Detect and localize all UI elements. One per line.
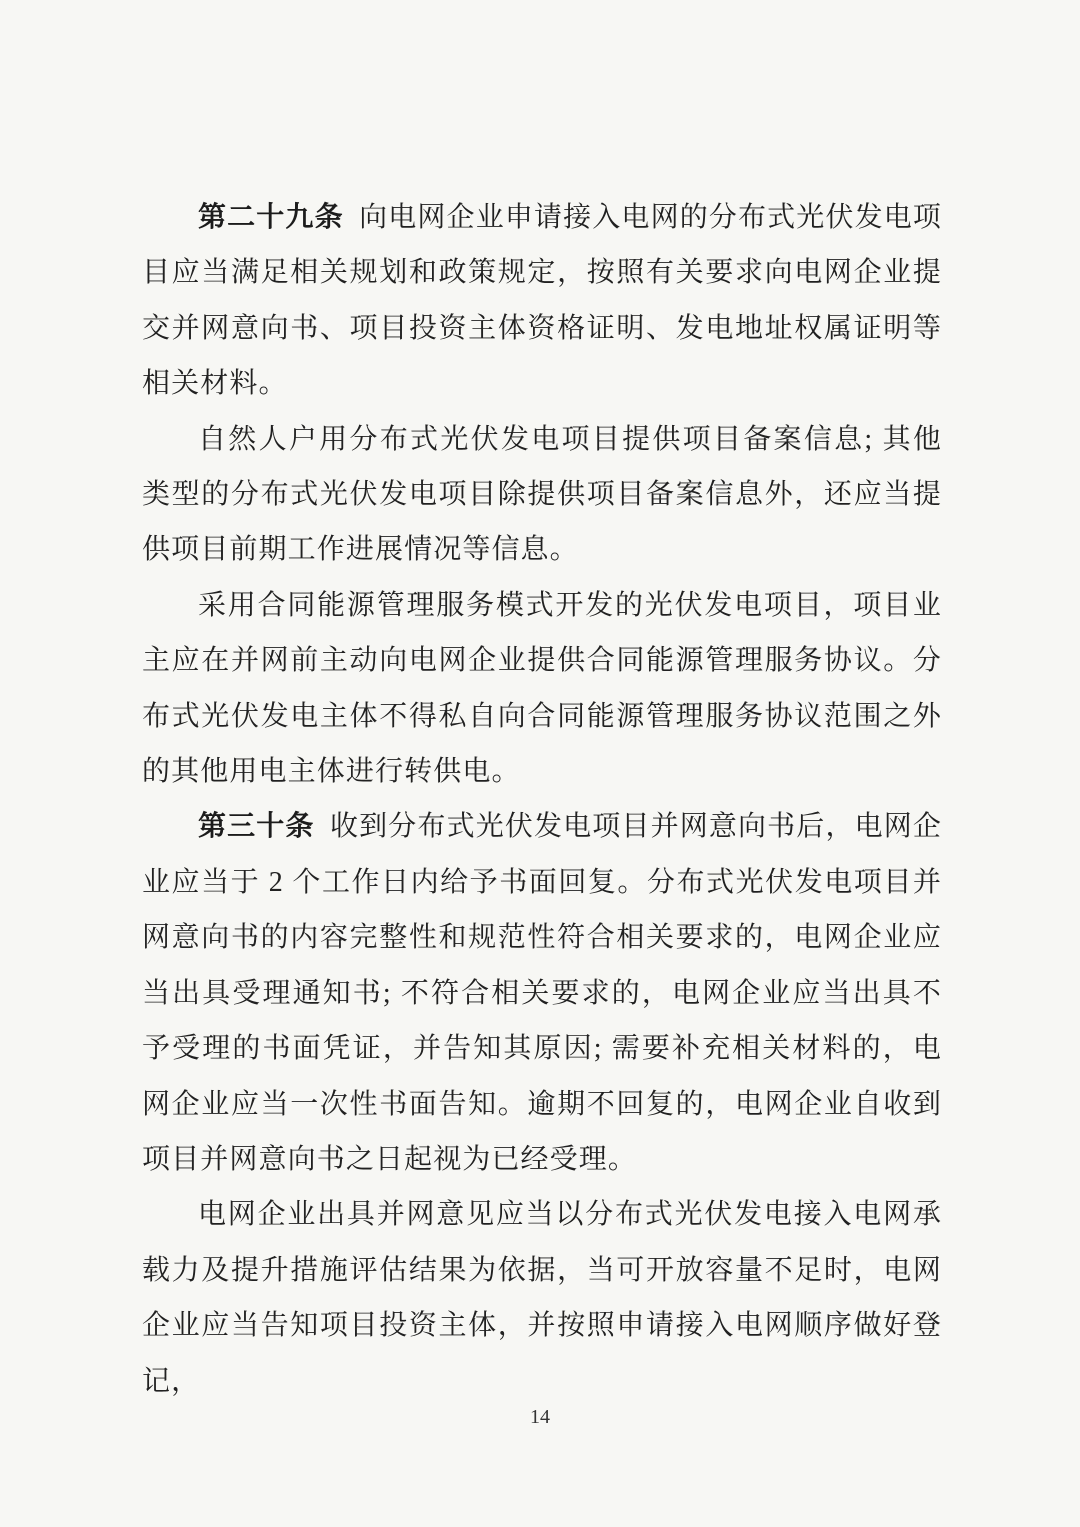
page-number: 14: [0, 1406, 1080, 1429]
paragraph-article-29: 第二十九条向电网企业申请接入电网的分布式光伏发电项目应当满足相关规划和政策规定，…: [142, 190, 942, 412]
article-30-number: 第三十条: [198, 811, 315, 842]
paragraph-text: 收到分布式光伏发电项目并网意向书后，电网企业应当于 2 个工作日内给予书面回复。…: [142, 811, 942, 1174]
paragraph-text: 自然人户用分布式光伏发电项目提供项目备案信息; 其他类型的分布式光伏发电项目除提…: [142, 424, 942, 566]
article-29-number: 第二十九条: [198, 202, 344, 233]
paragraph-filing-info: 自然人户用分布式光伏发电项目提供项目备案信息; 其他类型的分布式光伏发电项目除提…: [142, 412, 942, 578]
paragraph-text: 电网企业出具并网意见应当以分布式光伏发电接入电网承载力及提升措施评估结果为依据，…: [142, 1199, 942, 1396]
paragraph-energy-management: 采用合同能源管理服务模式开发的光伏发电项目，项目业主应在并网前主动向电网企业提供…: [142, 578, 942, 800]
paragraph-text: 采用合同能源管理服务模式开发的光伏发电项目，项目业主应在并网前主动向电网企业提供…: [142, 590, 942, 787]
document-body: 第二十九条向电网企业申请接入电网的分布式光伏发电项目应当满足相关规划和政策规定，…: [142, 190, 942, 1409]
paragraph-article-30: 第三十条收到分布式光伏发电项目并网意向书后，电网企业应当于 2 个工作日内给予书…: [142, 799, 942, 1187]
paragraph-grid-opinion: 电网企业出具并网意见应当以分布式光伏发电接入电网承载力及提升措施评估结果为依据，…: [142, 1187, 942, 1409]
